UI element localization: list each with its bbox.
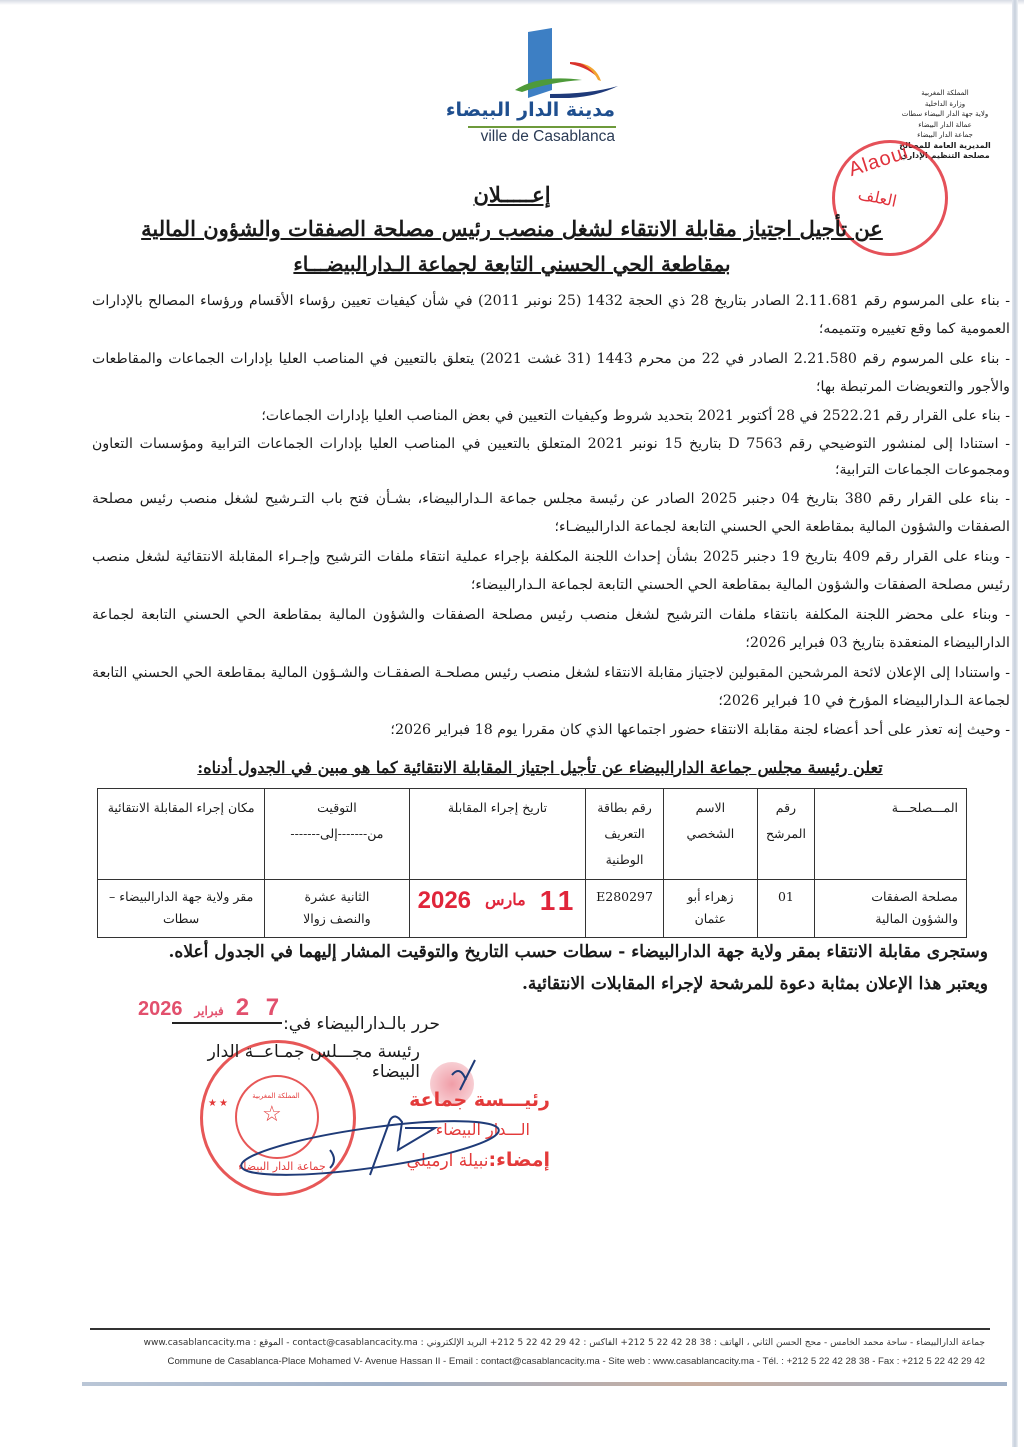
preamble-paragraph: - وحيث إنه تعذر على أحد أعضاء لجنة مقابل…	[92, 717, 1010, 743]
timing-label: التوقيت	[273, 795, 400, 821]
footer-arabic-contact: جماعة الدارالبيضاء - ساحة محمد الخامس - …	[90, 1338, 985, 1348]
announcement-line: تعلن رئيسة مجلس جماعة الدارالبيضاء عن تأ…	[90, 758, 990, 777]
cell-interview-date: 11 مارس 2026	[409, 880, 586, 938]
page-edge-top	[0, 0, 1024, 5]
cell-candidate-number: 01	[757, 880, 814, 938]
time-line-1: الثانية عشرة	[273, 886, 400, 908]
date-stamp: 11 مارس 2026	[418, 890, 578, 912]
interview-schedule-table: المـــصلحـــة رقم المرشح الاسم الشخصي رق…	[97, 788, 967, 938]
footer-divider	[90, 1328, 990, 1330]
preamble-paragraph: - استنادا إلى لمنشور التوضيحي رقم D 7563…	[92, 431, 1010, 483]
preamble-paragraph: - بناء على القرار رقم 380 بتاريخ 04 دجنب…	[92, 485, 1010, 541]
preamble-paragraph: - واستنادا إلى الإعلان لائحة المرشحين ال…	[92, 659, 1010, 715]
document-subtitle-district: بمقاطعة الحي الحسني التابعة لجماعة الـدا…	[0, 252, 1024, 276]
footer-band	[82, 1382, 1007, 1386]
legal-preamble: - بناء على المرسوم رقم 2.11.681 الصادر ب…	[92, 287, 1010, 745]
made-in-label: حرر بالـدارالبيضاء في:	[200, 1014, 440, 1034]
header-full-name: الاسم الشخصي	[663, 789, 757, 880]
closing-line: وستجرى مقابلة الانتقاء بمقر ولاية جهة ال…	[140, 936, 988, 968]
closing-text: وستجرى مقابلة الانتقاء بمقر ولاية جهة ال…	[140, 936, 988, 1000]
cell-national-id: E280297	[586, 880, 663, 938]
header-service: المـــصلحـــة	[814, 789, 966, 880]
preamble-paragraph: - وبناء على القرار رقم 409 بتاريخ 19 دجن…	[92, 543, 1010, 599]
header-timing: التوقيت من-------إلى-------	[265, 789, 409, 880]
ministry-line: عمالة الدار البيضاء	[880, 120, 1010, 131]
header-national-id: رقم بطاقة التعريف الوطنية	[586, 789, 663, 880]
timing-range: من-------إلى-------	[273, 821, 400, 847]
time-line-2: والنصف زوالا	[273, 908, 400, 930]
document-subtitle: عن تأجيل اجتياز مقابلة الانتقاء لشغل منص…	[0, 216, 1024, 241]
header-candidate-number: رقم المرشح	[757, 789, 814, 880]
date-month: مارس	[485, 890, 526, 912]
logo-name-arabic: مدينة الدار البيضاء	[430, 100, 615, 120]
ministry-line: ولاية جهة الدار البيضاء سطات	[880, 109, 1010, 120]
header-interview-date: تاريخ إجراء المقابلة	[409, 789, 586, 880]
date-year: 2026	[418, 890, 471, 912]
table-header-row: المـــصلحـــة رقم المرشح الاسم الشخصي رق…	[98, 789, 967, 880]
casablanca-logo: مدينة الدار البيضاء ville de Casablanca	[430, 28, 630, 146]
header-place: مكان إجراء المقابلة الانتقائية	[98, 789, 265, 880]
handwritten-signature-icon	[220, 1050, 540, 1180]
cell-service: مصلحة الصفقات والشؤون المالية	[814, 880, 966, 938]
document-title: إعـــــلان	[0, 182, 1024, 207]
issue-date-year: 2026	[138, 998, 183, 1021]
preamble-paragraph: - بناء على القرار رقم 2522.21 في 28 أكتو…	[92, 403, 1010, 429]
preamble-paragraph: - وبناء على محضر اللجنة المكلفة بانتقاء …	[92, 601, 1010, 657]
ministry-line: وزارة الداخلية	[880, 99, 1010, 110]
logo-name-french: ville de Casablanca	[430, 128, 615, 146]
cell-full-name: زهراء أبو عثمان	[663, 880, 757, 938]
preamble-paragraph: - بناء على المرسوم رقم 2.11.681 الصادر ب…	[92, 287, 1010, 343]
ministry-line: جماعة الدار البيضاء	[880, 130, 1010, 141]
city-emblem-icon	[430, 28, 630, 98]
cell-timing: الثانية عشرة والنصف زوالا	[265, 880, 409, 938]
table-row: مصلحة الصفقات والشؤون المالية 01 زهراء أ…	[98, 880, 967, 938]
footer-french-contact: Commune de Casablanca-Place Mohamed V- A…	[90, 1356, 985, 1367]
date-day: 11	[540, 890, 578, 912]
cell-place: مقر ولاية جهة الدارالبيضاء – سطات	[98, 880, 265, 938]
preamble-paragraph: - بناء على المرسوم رقم 2.21.580 الصادر ف…	[92, 345, 1010, 401]
ministry-line: المملكة المغربية	[880, 88, 1010, 99]
